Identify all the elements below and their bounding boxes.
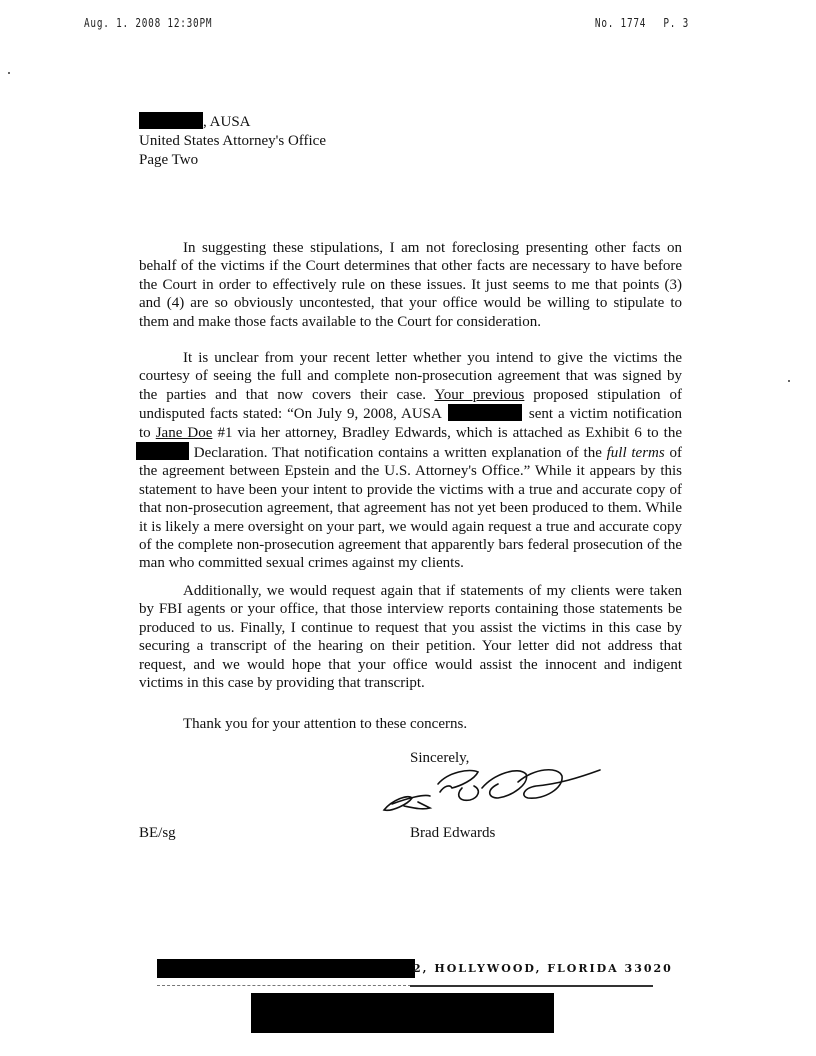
paragraph-stipulations: In suggesting these stipulations, I am n…: [139, 239, 682, 331]
paragraph-additional-requests: Additionally, we would request again tha…: [139, 582, 682, 692]
scan-speck: [788, 380, 790, 382]
page-label: Page Two: [139, 151, 326, 170]
redaction-box: [251, 993, 554, 1033]
fax-number: No. 1774: [595, 16, 646, 30]
recipient-block: , AUSA United States Attorney's Office P…: [139, 112, 326, 170]
fax-datetime: Aug. 1. 2008 12:30PM: [84, 16, 212, 30]
fax-page-number: P. 3: [663, 16, 689, 30]
scan-speck: [8, 72, 10, 74]
signature-image: [378, 758, 608, 818]
redaction-box: [139, 112, 203, 129]
redaction-box: [157, 959, 415, 978]
recipient-title: , AUSA: [203, 114, 251, 130]
recipient-office: United States Attorney's Office: [139, 132, 326, 151]
letterhead-address: 2, HOLLYWOOD, FLORIDA 33020: [413, 962, 673, 975]
redaction-box: [136, 442, 189, 460]
typist-initials: BE/sg: [139, 825, 176, 842]
paragraph-thanks: Thank you for your attention to these co…: [139, 715, 682, 733]
signer-name: Brad Edwards: [410, 825, 495, 842]
letterhead-divider-solid: [410, 985, 653, 987]
paragraph-non-prosecution-agreement: It is unclear from your recent letter wh…: [139, 349, 682, 573]
redaction-box: [448, 404, 522, 421]
fax-page-info: No. 1774P. 3: [595, 16, 706, 30]
recipient-name-line: , AUSA: [139, 112, 326, 132]
